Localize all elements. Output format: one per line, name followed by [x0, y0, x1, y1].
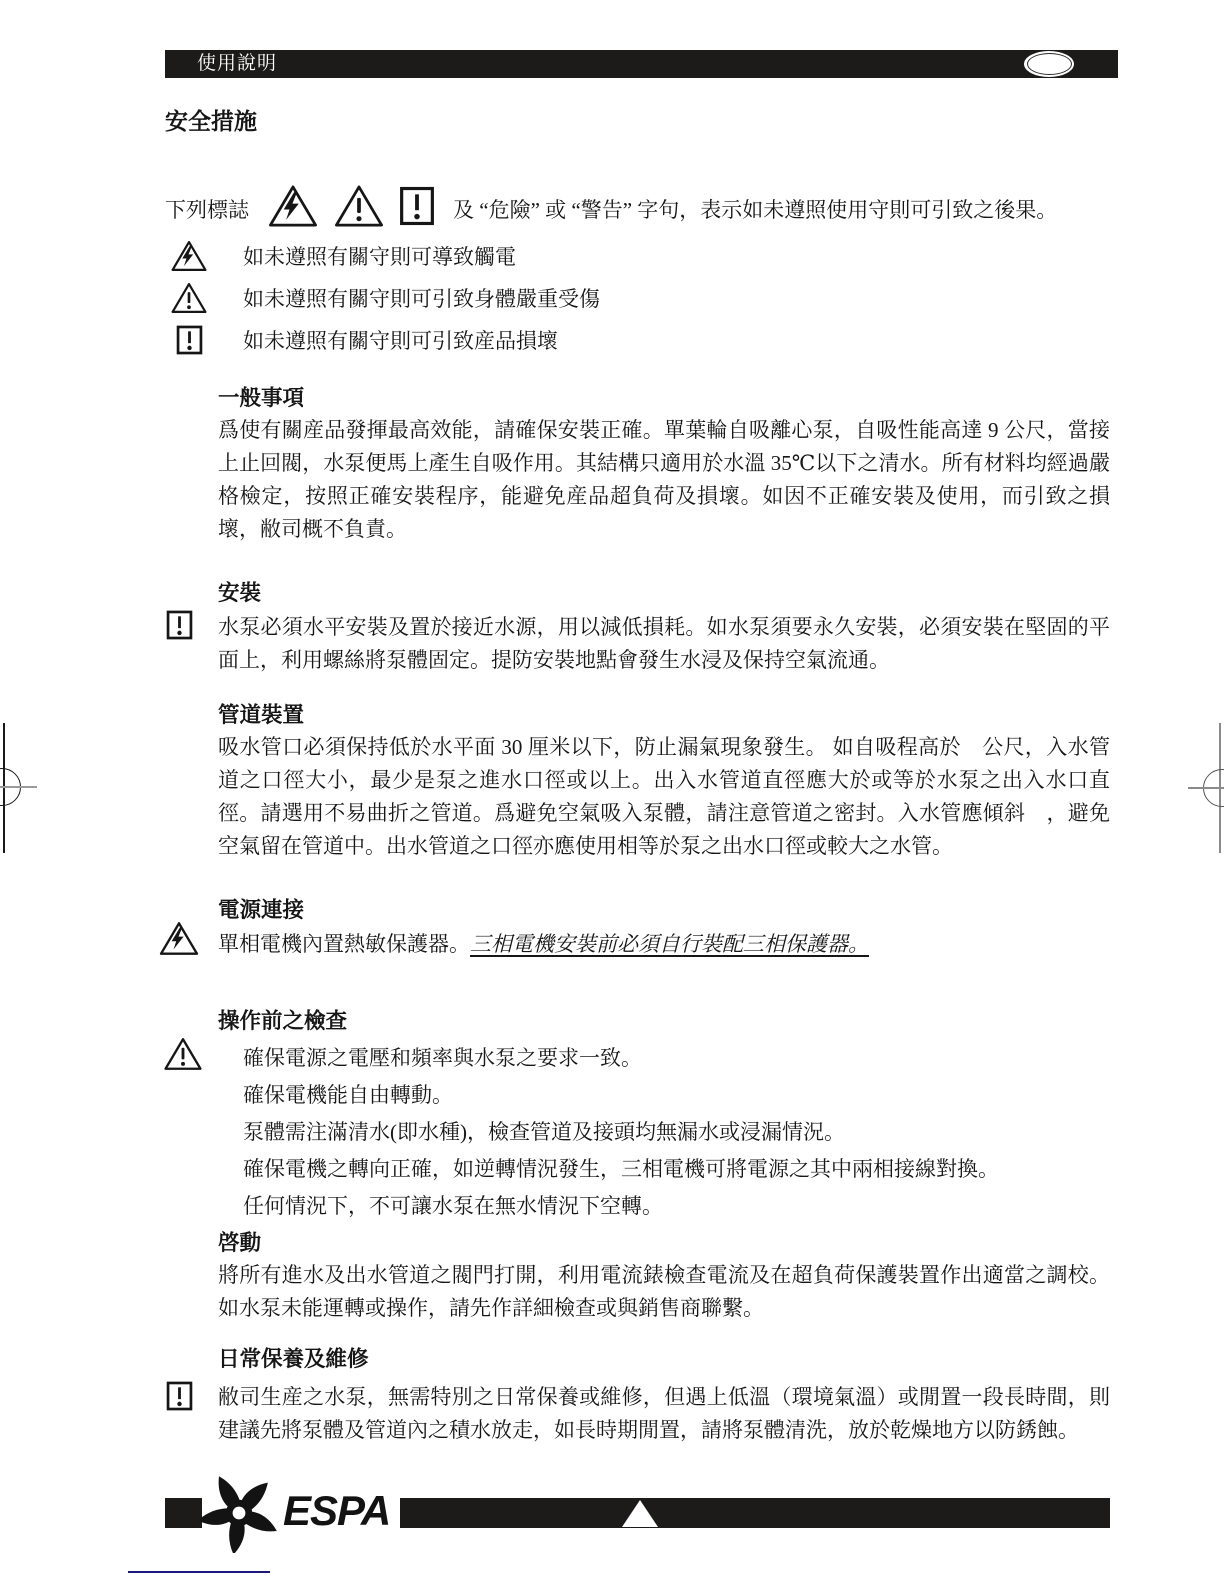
section-heading-startup: 啓動 [218, 1226, 261, 1257]
legend-text: 如未遵照有關守則可導致觸電 [243, 241, 516, 271]
power-body-plain: 單相電機內置熱敏保護器。 [218, 932, 470, 956]
section-heading-power: 電源連接 [218, 893, 304, 924]
power-body-emphasis: 三相電機安裝前必須自行裝配三相保護器。 [470, 932, 869, 956]
caution-box-icon [166, 1381, 193, 1416]
electric-hazard-triangle-icon [158, 921, 200, 961]
section-heading-maintenance: 日常保養及維修 [218, 1342, 369, 1373]
section-body-general: 爲使有關産品發揮最高效能，請確保安裝正確。單葉輪自吸離心泵，自吸性能高達 9 公… [218, 414, 1110, 546]
legend-text: 如未遵照有關守則可引致身體嚴重受傷 [243, 283, 600, 313]
warning-triangle-icon [333, 184, 385, 234]
bottom-blue-rule [128, 1571, 270, 1573]
registration-crosshair-right [1188, 787, 1224, 789]
footer-bar-right-segment [400, 1498, 1110, 1528]
header-bar: 使用說明 [165, 50, 1118, 78]
registration-crosshair-left [0, 786, 37, 788]
warning-triangle-icon [165, 282, 213, 314]
section-body-install: 水泵必須水平安裝及置於接近水源，用以減低損耗。如水泵須要永久安裝，必須安裝在堅固… [218, 611, 1110, 677]
section-heading-general: 一般事項 [218, 381, 304, 412]
brand-wordmark: ESPA [283, 1490, 390, 1532]
page-header-title: 使用說明 [197, 50, 277, 78]
header-oval-inner-ring [1027, 53, 1072, 75]
legend-row-electric: 如未遵照有關守則可導致觸電 [165, 238, 213, 274]
section-body-piping: 吸水管口必須保持低於水平面 30 厘米以下，防止漏氣現象發生。 如自吸程高於 公… [218, 731, 1110, 863]
intro-suffix-text: 及 “危險” 或 “警告” 字句，表示如未遵照使用守則可引致之後果。 [453, 194, 1057, 224]
checks-line: 確保電機之轉向正確，如逆轉情況發生，三相電機可將電源之其中兩相接線對換。 [243, 1153, 1123, 1183]
section-body-power: 單相電機內置熱敏保護器。三相電機安裝前必須自行裝配三相保護器。 [218, 928, 1110, 961]
warning-triangle-icon [163, 1037, 203, 1076]
caution-box-icon [166, 610, 193, 645]
section-body-startup: 將所有進水及出水管道之閥門打開，利用電流錶檢查電流及在超負荷保護裝置作出適當之調… [218, 1259, 1110, 1325]
espa-impeller-logo-icon [199, 1473, 279, 1558]
footer-triangle-marker [622, 1500, 658, 1527]
checks-line: 泵體需注滿清水(即水種)，檢查管道及接頭均無漏水或浸漏情況。 [243, 1116, 1123, 1146]
section-heading-piping: 管道裝置 [218, 698, 304, 729]
electric-hazard-triangle-icon [267, 184, 319, 234]
section-heading-checks: 操作前之檢查 [218, 1004, 347, 1035]
manual-page: 使用說明 安全措施 下列標誌 及 “危險” 或 “警告” 字句，表示如未遵照使用… [0, 0, 1224, 1584]
section-body-maintenance: 敝司生産之水泵，無需特別之日常保養或維修，但遇上低溫（環境氣溫）或閒置一段長時間… [218, 1381, 1110, 1447]
caution-box-icon [399, 185, 435, 233]
symbols-intro-line: 下列標誌 及 “危險” 或 “警告” 字句，表示如未遵照使用守則可引致之後果。 [165, 184, 1057, 234]
checks-line: 確保電機能自由轉動。 [243, 1079, 1123, 1109]
checks-line: 確保電源之電壓和頻率與水泵之要求一致。 [243, 1042, 1123, 1072]
electric-hazard-triangle-icon [165, 240, 213, 272]
caution-box-icon [165, 325, 213, 355]
footer-bar-left-segment [165, 1498, 202, 1528]
page-title: 安全措施 [165, 103, 257, 136]
legend-row-injury: 如未遵照有關守則可引致身體嚴重受傷 [165, 280, 213, 316]
section-heading-install: 安裝 [218, 576, 261, 607]
legend-text: 如未遵照有關守則可引致産品損壞 [243, 325, 558, 355]
header-oval-badge [1024, 51, 1074, 77]
intro-prefix-text: 下列標誌 [165, 194, 249, 224]
checks-line: 任何情況下，不可讓水泵在無水情況下空轉。 [243, 1190, 1123, 1220]
legend-row-damage: 如未遵照有關守則可引致産品損壞 [165, 322, 213, 358]
